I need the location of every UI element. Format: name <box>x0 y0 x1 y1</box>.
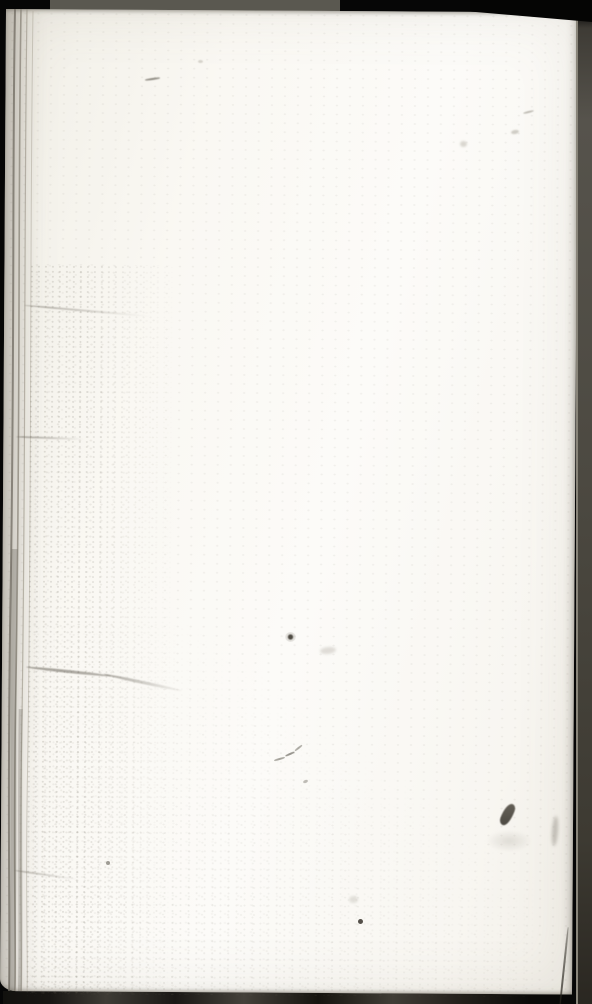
paper-grain-overall <box>0 9 578 994</box>
blank-page <box>0 9 578 994</box>
book-scan <box>0 0 592 1004</box>
paper-grain-left <box>24 264 178 997</box>
fore-edge-strip <box>576 0 592 1004</box>
paper-grain-bottom <box>30 624 537 997</box>
page-stack-edges-icon <box>0 9 46 991</box>
